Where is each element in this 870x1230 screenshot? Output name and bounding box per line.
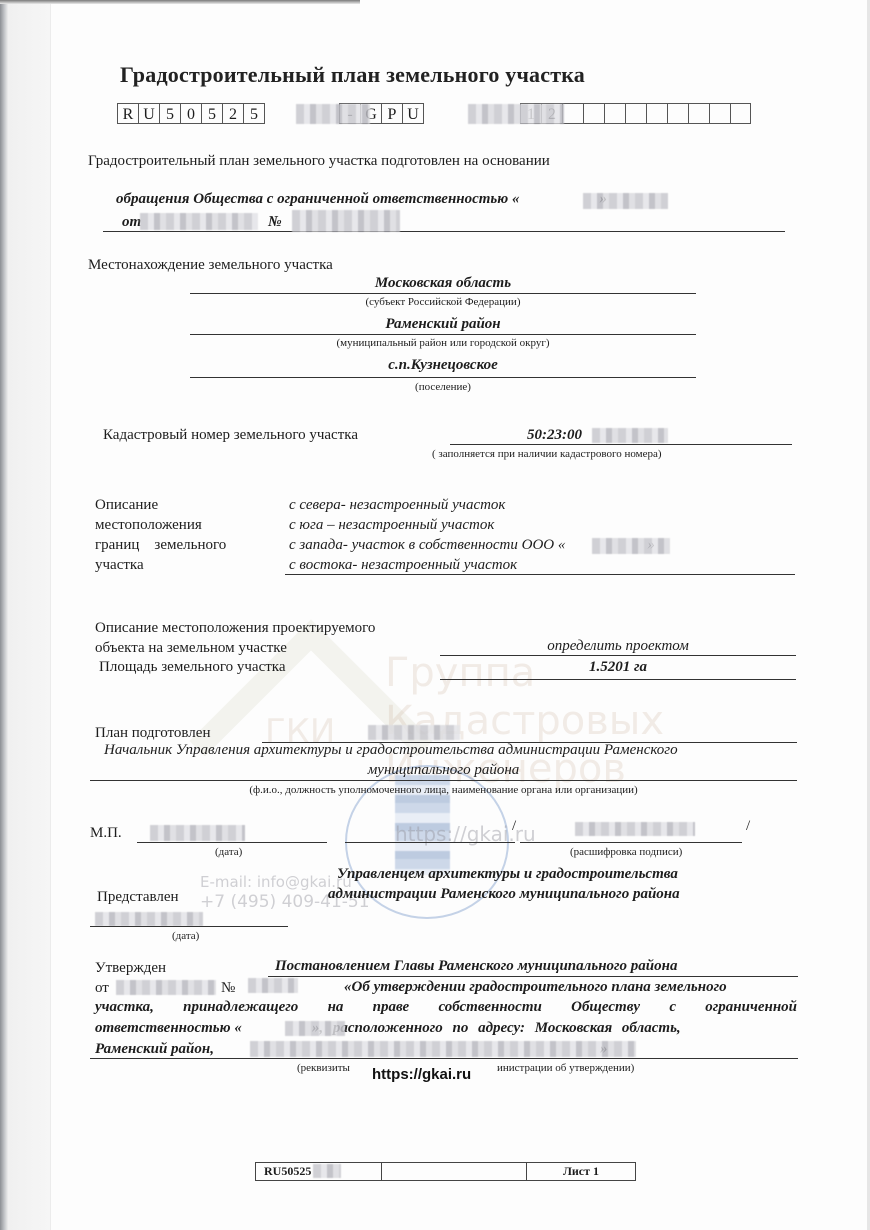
borders-label-4: участка	[95, 557, 144, 574]
area-label: Площадь земельного участка	[99, 659, 286, 676]
approved-caption-left: (реквизиты	[297, 1062, 350, 1074]
borders-label-1: Описание	[95, 497, 158, 514]
reg-cell-empty	[583, 103, 604, 124]
prepared-label: План подготовлен	[95, 725, 210, 742]
border-north: с севера- незастроенный участок	[289, 497, 505, 514]
signature-underline	[345, 842, 515, 843]
redaction	[575, 822, 695, 836]
prepared-position-2: муниципального района	[90, 762, 797, 779]
approved-by: Постановлением Главы Раменского муниципа…	[275, 958, 677, 975]
slash-1: /	[512, 818, 516, 835]
borders-label-2: местоположения	[95, 517, 202, 534]
reg-cell: U	[138, 103, 159, 124]
location-region: Московская область	[190, 275, 696, 292]
settlement-caption: (поселение)	[190, 381, 696, 393]
area-underline	[440, 679, 796, 680]
location-settlement: с.п.Кузнецовское	[190, 357, 696, 374]
redaction	[95, 912, 203, 926]
basis-label: Градостроительный план земельного участк…	[88, 153, 550, 170]
settlement-underline	[190, 377, 696, 378]
decode-caption: (расшифровка подписи)	[570, 846, 682, 858]
date-caption: (дата)	[215, 846, 242, 858]
reg-cell: 2	[222, 103, 243, 124]
registration-number-cells: R U 5 0 5 2 5 - G P U 1 2	[117, 103, 751, 124]
projected-value: определить проектом	[440, 638, 796, 655]
position-underline	[90, 780, 797, 781]
approved-caption-right: инистрации об утверждении)	[497, 1062, 634, 1074]
footer-sheet: Лист 1	[527, 1163, 635, 1180]
watermark-footer-link[interactable]: https://gkai.ru	[372, 1066, 471, 1083]
redaction	[296, 104, 370, 124]
redaction	[368, 725, 460, 740]
border-south: с юга – незастроенный участок	[289, 517, 494, 534]
border-east: с востока- незастроенный участок	[289, 557, 517, 574]
redaction	[468, 104, 564, 124]
approved-label: Утвержден	[95, 960, 166, 977]
borders-label-3: границ земельного	[95, 537, 226, 554]
reg-cell: 5	[159, 103, 180, 124]
reg-cell-empty	[625, 103, 646, 124]
reg-cell-empty	[709, 103, 730, 124]
basis-underline	[103, 231, 785, 232]
redaction	[592, 428, 668, 443]
region-underline	[190, 293, 696, 294]
slash-2: /	[746, 818, 750, 835]
approved-text-3: ответственностью «», расположенного по а…	[95, 1020, 681, 1037]
approved-number-label: №	[221, 980, 235, 997]
document-title: Градостроительный план земельного участк…	[120, 62, 585, 88]
approved-from-label: от	[95, 980, 109, 997]
presented-by-2: администрации Раменского муниципального …	[328, 886, 680, 903]
redaction	[116, 980, 216, 995]
reg-cell-empty	[604, 103, 625, 124]
presented-by-1: Управленцем архитектуры и градостроитель…	[337, 866, 678, 883]
redaction	[583, 193, 668, 209]
redaction	[250, 1041, 636, 1057]
reg-cell-empty	[667, 103, 688, 124]
borders-underline	[285, 574, 795, 575]
area-value: 1.5201 га	[440, 659, 796, 676]
reg-cell: 0	[180, 103, 201, 124]
reg-cell: 5	[243, 103, 264, 124]
prepared-position-1: Начальник Управления архитектуры и градо…	[104, 742, 678, 759]
prepared-caption: (ф.и.о., должность уполномоченного лица,…	[90, 784, 797, 796]
location-label: Местонахождение земельного участка	[88, 257, 333, 274]
redaction	[248, 978, 298, 993]
reg-cell-empty	[688, 103, 709, 124]
scan-edge-strip	[8, 0, 51, 1230]
scan-top-edge	[0, 0, 360, 4]
reg-cell: U	[402, 103, 423, 124]
projected-label-1: Описание местоположения проектируемого	[95, 620, 375, 637]
reg-cell-empty	[730, 103, 751, 124]
district-caption: (муниципальный район или городской округ…	[190, 337, 696, 349]
cadastral-label: Кадастровый номер земельного участка	[103, 427, 358, 444]
projected-label-2: объекта на земельном участке	[95, 640, 287, 657]
basis-value: обращения Общества с ограниченной ответс…	[116, 191, 607, 208]
cadastral-value: 50:23:00	[527, 427, 582, 444]
mp-label: М.П.	[90, 825, 122, 842]
decode-underline	[520, 842, 742, 843]
reg-cell-empty	[562, 103, 583, 124]
region-caption: (субъект Российской Федерации)	[190, 296, 696, 308]
date-underline	[137, 842, 327, 843]
cadastral-underline	[450, 444, 792, 445]
presented-date-caption: (дата)	[172, 930, 199, 942]
location-district: Раменский район	[190, 316, 696, 333]
reg-cell-empty	[646, 103, 667, 124]
scan-edge-shadow	[0, 0, 8, 1230]
redaction	[292, 210, 400, 232]
redaction	[313, 1164, 341, 1178]
approved-underline	[268, 976, 798, 977]
approved-text-1: «Об утверждении градостроительного плана…	[344, 979, 727, 996]
cadastral-caption: ( заполняется при наличии кадастрового н…	[432, 448, 662, 460]
reg-cell: 5	[201, 103, 222, 124]
approved-text-2: участка, принадлежащего на праве собстве…	[95, 999, 797, 1016]
district-underline	[190, 334, 696, 335]
redaction	[285, 1021, 345, 1036]
approved-text-underline	[90, 1058, 798, 1059]
reg-cell: P	[381, 103, 402, 124]
reg-cell: R	[117, 103, 138, 124]
presented-label: Представлен	[97, 889, 179, 906]
redaction	[140, 213, 258, 230]
redaction	[592, 538, 670, 554]
projected-underline	[440, 655, 796, 656]
basis-from-label: от	[122, 214, 141, 231]
footer-middle	[382, 1163, 527, 1180]
presented-date-underline	[90, 926, 288, 927]
basis-number-label: №	[268, 214, 282, 231]
redaction	[150, 825, 245, 841]
